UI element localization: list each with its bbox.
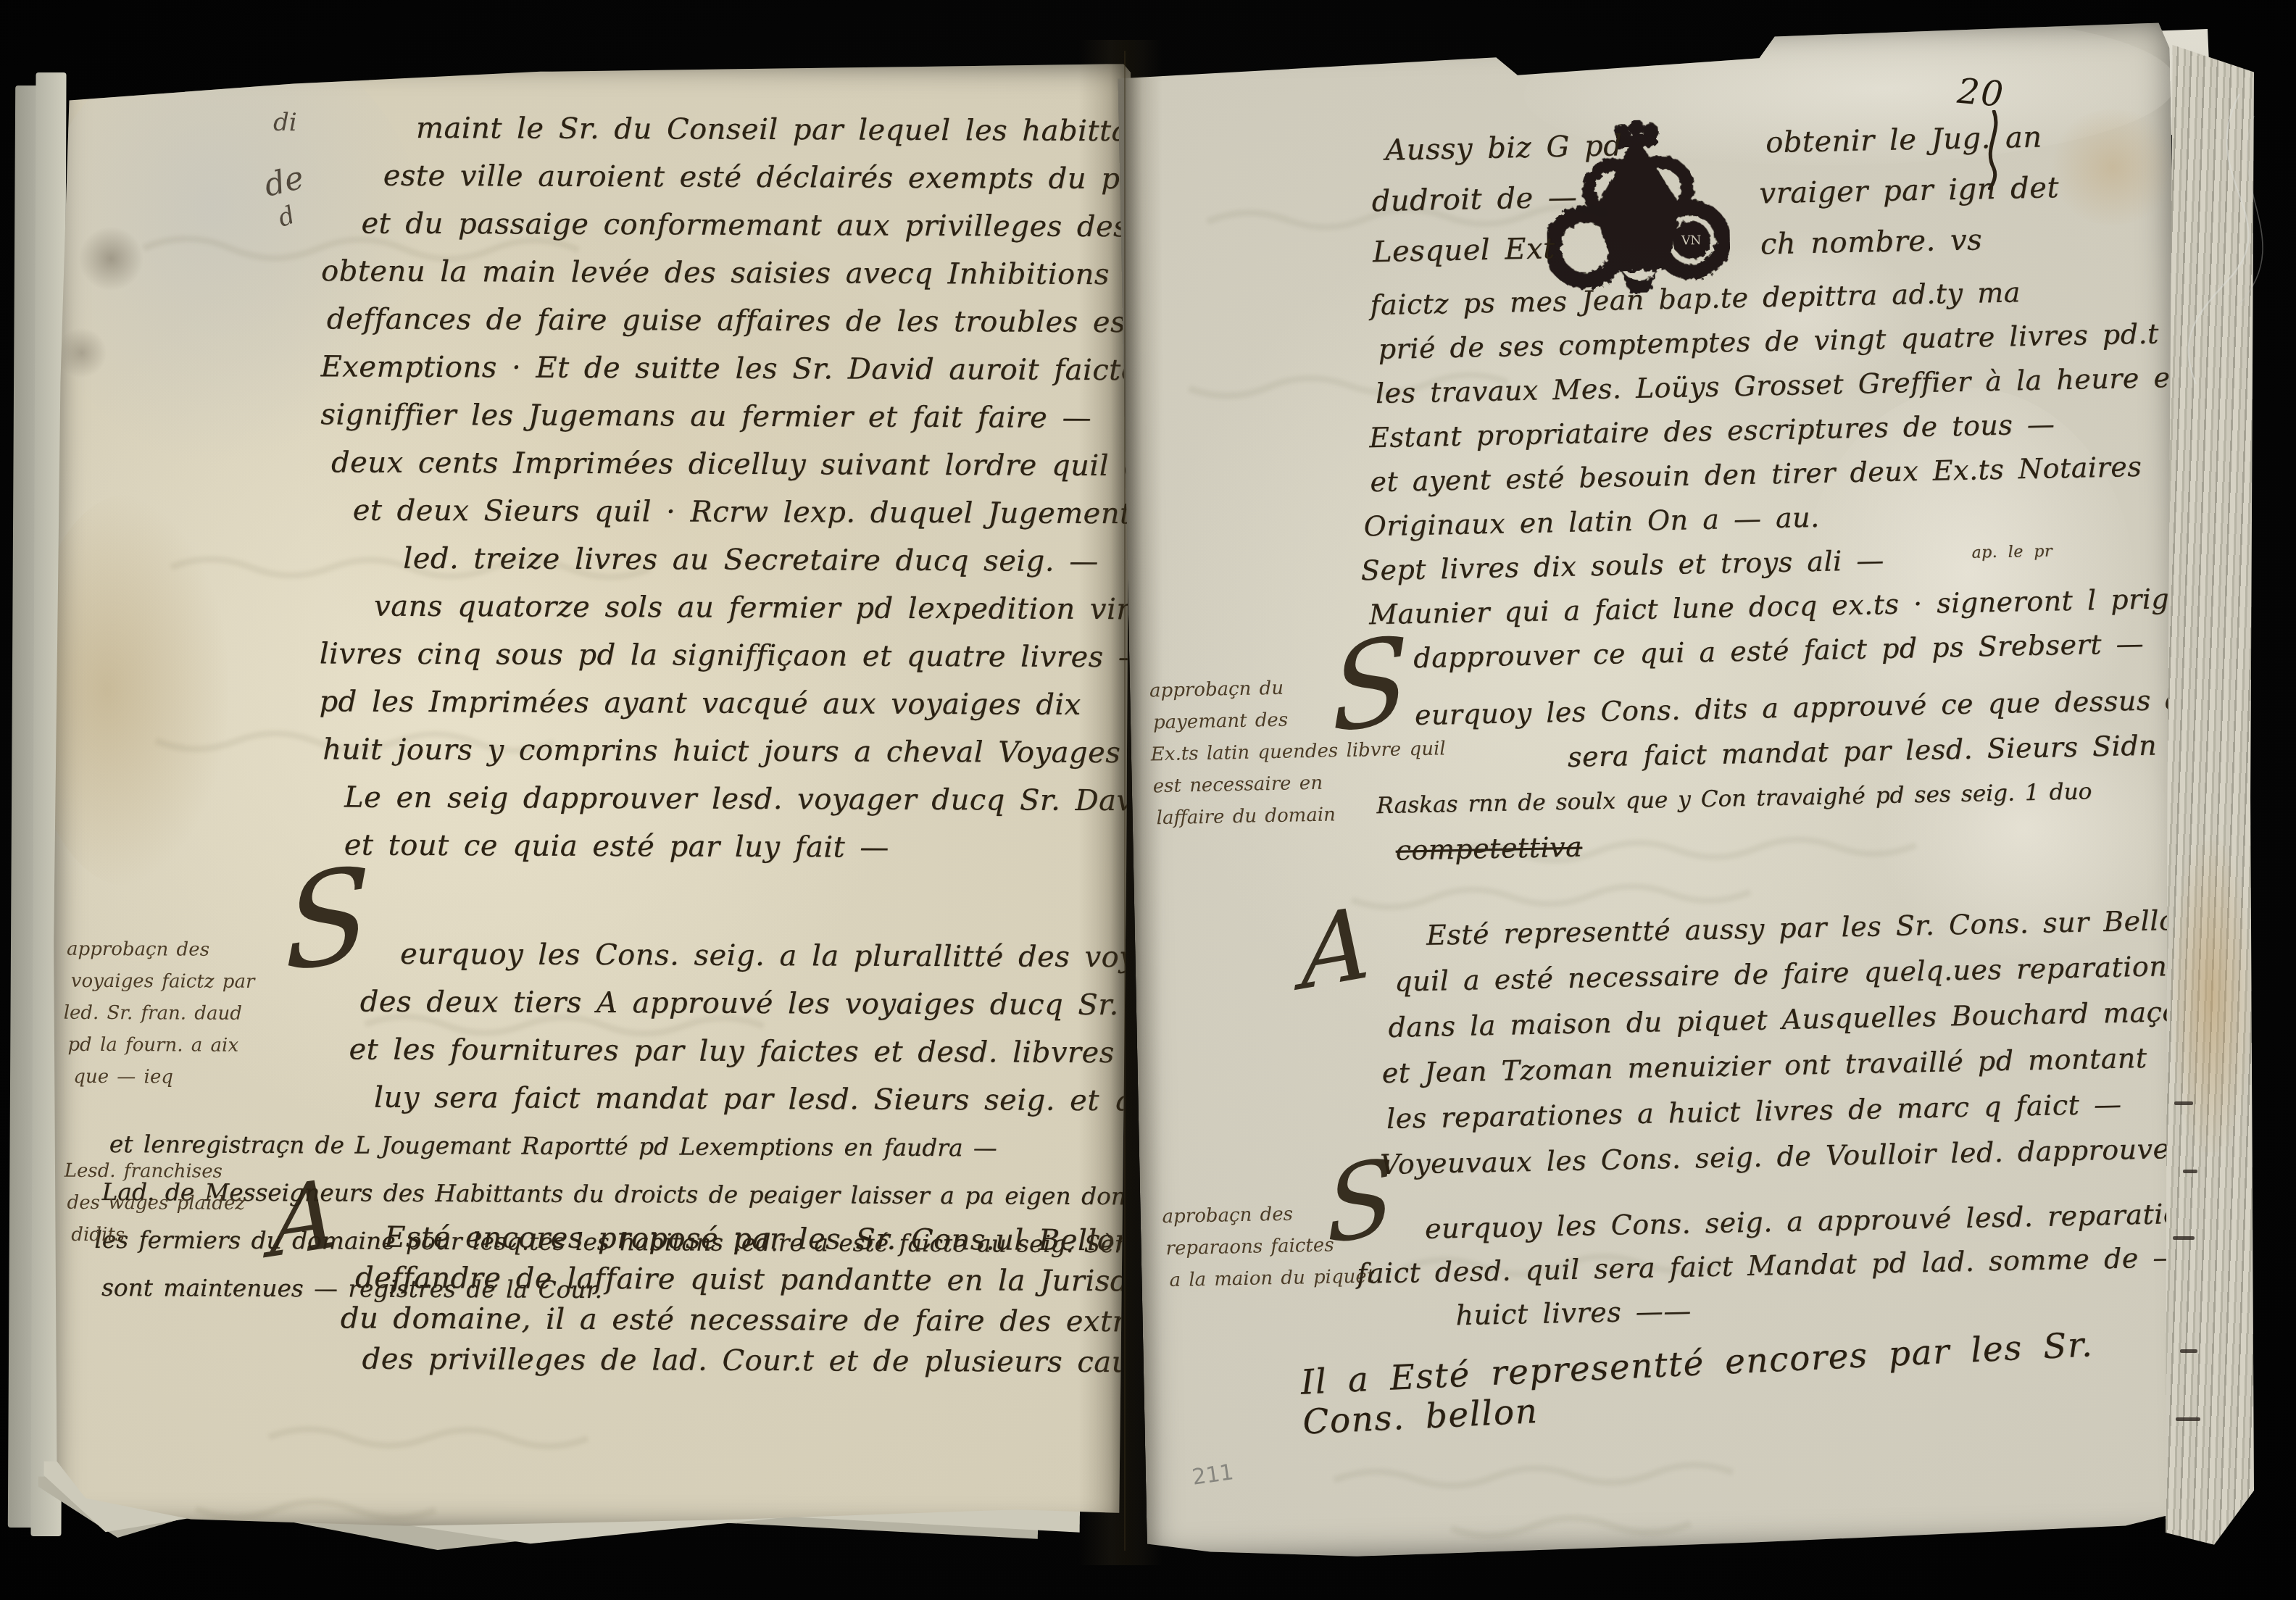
text-line: Aussy biz G pd [1385, 129, 1623, 167]
text-line: Le en seig dapprouver lesd. voyager ducq… [344, 774, 1141, 825]
text-line: Lad. de Messeigneurs des Habittants du d… [101, 1168, 1131, 1220]
text-line: et les fournitures par luy faictes et de… [349, 1026, 1131, 1078]
corner-mark: di [273, 108, 297, 137]
text-line: ch nombre. vs [1760, 223, 1982, 261]
pencil-foliation: 211 [1191, 1459, 1236, 1491]
text-line: des deux tiers A approuvé les voyaiges d… [360, 978, 1132, 1030]
text-line: este ville auroient esté déclairés exemp… [383, 152, 1144, 204]
ink-bleed-tick [2176, 1417, 2200, 1421]
text-line: des wages plaidez [67, 1187, 245, 1220]
text-line: Lesd. franchises [65, 1155, 246, 1188]
text-line: luy sera faict mandat par lesd. Sieurs s… [374, 1074, 1131, 1125]
ink-bleed-tick [2183, 1170, 2197, 1173]
text-line: Esté encores proposé par les Sr. Cons.ul… [384, 1217, 1131, 1261]
text-line: Exemptions · Et de suitte les Sr. David … [320, 343, 1143, 394]
margin-note-approbation-voyages: approbaçn desvoyaiges faictz parled. Sr.… [66, 933, 254, 1093]
right-page: 20 VN Aussy biz [1117, 21, 2200, 1562]
text-line: pd les Imprimées ayant vacqué aux voyaig… [319, 678, 1141, 729]
paragraph-initial: S [1326, 1151, 1396, 1255]
margin-note-franchises: Lesd. franchisesdes wages plaidezdidits [64, 1155, 245, 1251]
corner-mark: d [274, 201, 299, 233]
stamp-medallion-text: VN [1681, 233, 1702, 249]
text-line: vraiger par ign det [1759, 171, 2059, 210]
text-line: deux cents Imprimées dicelluy suivant lo… [331, 438, 1143, 490]
text-line: signiffier les Jugemans au fermier et fa… [320, 391, 1143, 442]
text-line: vans quatorze sols au fermier pd lexpedi… [374, 583, 1142, 634]
stain [57, 328, 107, 378]
text-line: livres cinq sous pd la signiffiçaon et q… [320, 630, 1142, 681]
left-page: di de d maint le Sr. du Conseil par lequ… [51, 59, 1131, 1532]
paragraph-initial: S [1330, 625, 1410, 745]
stain [2046, 108, 2179, 227]
text-line: led. treize livres au Secretaire ducq se… [403, 535, 1142, 586]
text-line: Lesquel Ext [1373, 232, 1556, 269]
photograph-of-open-register: di de d maint le Sr. du Conseil par lequ… [0, 0, 2296, 1600]
text-line: eurquoy les Cons. seig. a la plurallitté… [400, 930, 1132, 981]
interline-note: ap. le pr [1971, 542, 2052, 562]
text-line: led. Sr. fran. daud [64, 997, 255, 1030]
gutter-fold-line [1124, 51, 1126, 1551]
fore-edge-stain [2171, 841, 2252, 1152]
text-line: et du passaige conformemant aux priville… [361, 200, 1144, 251]
text-line: a la maion du piquet [1169, 1260, 1375, 1296]
right-repairs-approbation-paragraph: eurquoy les Cons. seig. a approuvé lesd.… [1425, 1193, 2159, 1338]
text-line: deffances de faire guise affaires de les… [327, 295, 1144, 346]
closing-line: Il a Esté representté encores par les Sr… [1299, 1320, 2197, 1442]
fore-edge-stack [2166, 45, 2254, 1551]
text-line: deffandre de laffaire quist pandantte en… [355, 1258, 1131, 1302]
text-line: des privilleges de lad. Cour.t et de plu… [362, 1339, 1130, 1383]
book-gutter [1078, 40, 1162, 1565]
text-line: et lenregistraçn de L Jougemant Raportté… [109, 1120, 1131, 1172]
text-line: obtenu la main levée des saisies avecq I… [321, 247, 1144, 299]
corner-mark: de [260, 159, 307, 204]
text-line: et deux Sieurs quil · Rcrw lexp. duquel … [353, 487, 1143, 538]
text-line: dudroit de — [1371, 180, 1578, 218]
text-line: obtenir le Jug. an [1765, 121, 2042, 160]
right-payment-paragraph: eurquoy les Cons. dits a approuvé ce que… [1414, 678, 2150, 872]
ink-bleed-tick [2180, 1349, 2197, 1353]
ink-bleed-tick [2174, 1101, 2193, 1105]
right-opening-paragraph: faictz ps mes Jean bap.te depittra ad.ty… [1366, 268, 2142, 681]
right-repairs-paragraph: Esté representté aussy par les Sr. Cons.… [1426, 899, 2155, 1187]
paragraph-initial: A [270, 1170, 338, 1267]
text-line: didits [71, 1219, 245, 1251]
text-line: huit jours y comprins huict jours a chev… [323, 725, 1141, 777]
folio-number: 20 [1956, 71, 2007, 115]
text-line: que — ieq [73, 1061, 254, 1093]
left-proposal-paragraph: Esté encores proposé par les Sr. Cons.ul… [340, 1217, 1131, 1383]
ink-bleed-tick [2173, 1236, 2195, 1240]
text-line: du domaine, il a esté necessaire de fair… [341, 1298, 1131, 1342]
paragraph-initial: A [1300, 898, 1371, 999]
text-line: approbaçn des [67, 933, 255, 966]
text-line: maint le Sr. du Conseil par lequel les h… [416, 104, 1144, 155]
stain [78, 226, 143, 291]
text-line: voyaiges faictz par [71, 965, 255, 998]
text-line: pd la fourn. a aix [67, 1029, 254, 1062]
text-line: et tout ce quia esté par luy fait — [344, 822, 1141, 873]
left-intro-paragraph: maint le Sr. du Conseil par lequel les h… [319, 104, 1145, 872]
